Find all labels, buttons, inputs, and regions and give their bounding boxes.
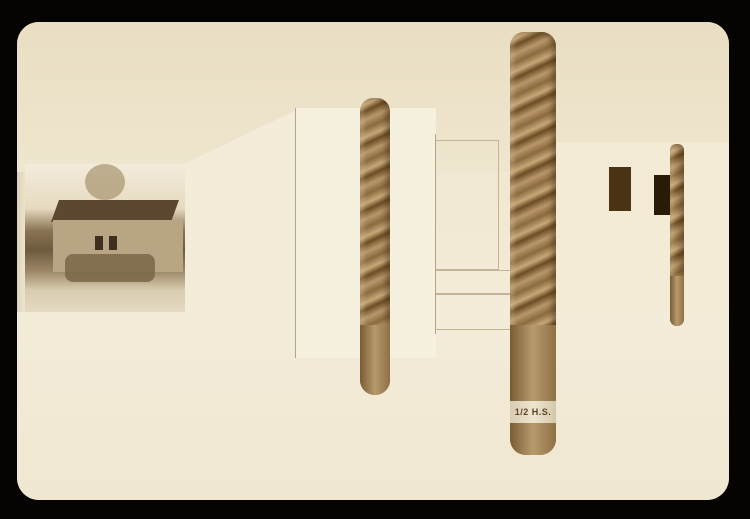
cabinet-door	[436, 140, 499, 270]
cabinet-drawer	[436, 294, 517, 330]
window-opening	[654, 175, 670, 215]
slide-photograph: 1/2 H.S.	[17, 22, 729, 500]
house-roof	[51, 200, 179, 222]
drill-shank	[670, 276, 684, 326]
house-window	[95, 236, 103, 250]
house-window	[109, 236, 117, 250]
drill-size-label: 1/2 H.S.	[510, 401, 556, 423]
drill-bit-column	[360, 98, 390, 395]
drill-shank	[510, 325, 556, 455]
drill-bit-column-small	[670, 144, 684, 326]
cabinet-drawer	[436, 270, 517, 294]
drill-shank	[360, 325, 390, 395]
tree	[85, 164, 125, 200]
inset-house-photo	[25, 164, 185, 312]
window-opening	[609, 167, 631, 211]
cabinet	[435, 134, 516, 334]
drill-bit-column-large: 1/2 H.S.	[510, 32, 556, 455]
cart	[65, 254, 155, 282]
